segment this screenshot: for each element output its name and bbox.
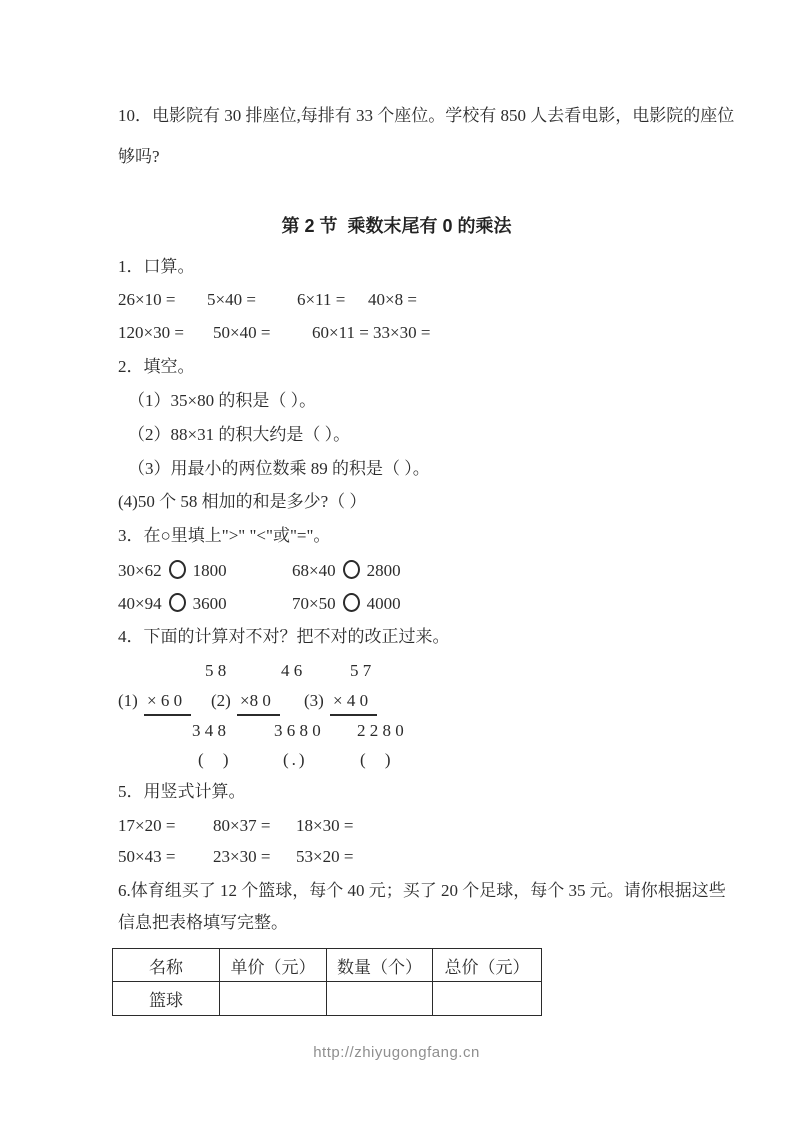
table-header-quantity: 数量（个）: [327, 949, 433, 982]
left-expression: 30×62: [118, 561, 162, 580]
equation: 17×20 =: [118, 816, 213, 836]
equation: 50×43 =: [118, 847, 213, 867]
column-calc-row-1: 17×20 = 80×37 = 18×30 =: [118, 816, 353, 836]
table-cell-total-price: [433, 982, 542, 1016]
compare-row-1: 30×621800 68×402800: [118, 560, 401, 581]
equation: 6×11 =: [297, 290, 368, 310]
multiplier-underlined: × 6 0: [144, 691, 191, 716]
equation: 40×8 =: [368, 290, 417, 310]
left-expression: 70×50: [292, 594, 336, 613]
equation: 120×30 =: [118, 323, 213, 343]
right-value: 4000: [367, 594, 401, 613]
question-1-label: 1．口算。: [118, 257, 195, 277]
table-header-unit-price: 单价（元）: [220, 949, 327, 982]
multiplier-underlined: × 4 0: [330, 691, 377, 716]
problem-number: (1): [118, 691, 138, 711]
check-parentheses: (.): [283, 750, 308, 770]
fill-blank-item-2: （2）88×31 的积大约是（ ）。: [128, 425, 350, 445]
price-table: 名称 单价（元） 数量（个） 总价（元） 篮球: [112, 948, 542, 1016]
right-value: 1800: [193, 561, 227, 580]
table-header-row: 名称 单价（元） 数量（个） 总价（元）: [113, 949, 542, 982]
comparison-circle-icon: [343, 593, 360, 612]
question-2-label: 2．填空。: [118, 357, 195, 377]
multiplicand: 5 8: [205, 661, 226, 681]
equation: 80×37 =: [213, 816, 296, 836]
problem-number: (3): [304, 691, 324, 711]
product: 2 2 8 0: [357, 721, 404, 741]
column-calc-row-2: 50×43 = 23×30 = 53×20 =: [118, 847, 353, 867]
table-header-name: 名称: [113, 949, 220, 982]
question-6-line-1: 6.体育组买了 12 个篮球，每个 40 元；买了 20 个足球，每个 35 元…: [118, 881, 726, 901]
question-10-line-1: 10．电影院有 30 排座位,每排有 33 个座位。学校有 850 人去看电影，…: [118, 106, 734, 126]
multiplier-underlined: ×8 0: [237, 691, 280, 716]
compare-row-2: 40×943600 70×504000: [118, 593, 401, 614]
table-cell-name: 篮球: [113, 982, 220, 1016]
oral-calc-row-2: 120×30 = 50×40 = 60×11 = 33×30 =: [118, 323, 430, 343]
question-4-label: 4．下面的计算对不对？把不对的改正过来。: [118, 627, 450, 647]
left-expression: 68×40: [292, 561, 336, 580]
left-expression: 40×94: [118, 594, 162, 613]
product: 3 4 8: [192, 721, 226, 741]
right-value: 3600: [193, 594, 227, 613]
section-heading: 第 2 节 乘数末尾有 0 的乘法: [0, 216, 793, 238]
compare-pair: 70×504000: [292, 593, 401, 614]
fill-blank-item-3: （3）用最小的两位数乘 89 的积是（ ）。: [128, 459, 430, 479]
equation: 23×30 =: [213, 847, 296, 867]
equation: 18×30 =: [296, 816, 353, 836]
compare-pair: 40×943600: [118, 593, 292, 614]
table-cell-quantity: [327, 982, 433, 1016]
check-parentheses: ( ): [360, 750, 394, 770]
vertical-mult-check-row: ( ) (.) ( ): [0, 750, 793, 776]
equation: 33×30 =: [373, 323, 430, 343]
fill-blank-item-4: (4)50 个 58 相加的和是多少?（ ）: [118, 492, 366, 512]
footer-url: http://zhiyugongfang.cn: [0, 1044, 793, 1062]
problem-number: (2): [211, 691, 231, 711]
equation: 60×11 =: [312, 323, 373, 343]
vertical-mult-result-row: 3 4 8 3 6 8 0 2 2 8 0: [0, 721, 793, 747]
product: 3 6 8 0: [274, 721, 321, 741]
fill-blank-item-1: （1）35×80 的积是（ ）。: [128, 391, 316, 411]
check-parentheses: ( ): [198, 750, 232, 770]
compare-pair: 30×621800: [118, 560, 292, 581]
comparison-circle-icon: [169, 560, 186, 579]
equation: 53×20 =: [296, 847, 353, 867]
question-6-line-2: 信息把表格填写完整。: [118, 913, 288, 933]
equation: 5×40 =: [207, 290, 297, 310]
vertical-mult-multiplier-row: (1) × 6 0 (2) ×8 0 (3) × 4 0: [0, 691, 793, 717]
question-5-label: 5．用竖式计算。: [118, 782, 246, 802]
compare-pair: 68×402800: [292, 560, 401, 581]
worksheet-page: 10．电影院有 30 排座位,每排有 33 个座位。学校有 850 人去看电影，…: [0, 0, 793, 1122]
oral-calc-row-1: 26×10 = 5×40 = 6×11 = 40×8 =: [118, 290, 417, 310]
comparison-circle-icon: [169, 593, 186, 612]
table-header-total-price: 总价（元）: [433, 949, 542, 982]
equation: 50×40 =: [213, 323, 312, 343]
right-value: 2800: [367, 561, 401, 580]
question-3-label: 3．在○里填上">" "<"或"="。: [118, 526, 330, 546]
multiplicand: 5 7: [350, 661, 371, 681]
equation: 26×10 =: [118, 290, 207, 310]
question-10-line-2: 够吗?: [118, 147, 160, 167]
multiplicand: 4 6: [281, 661, 302, 681]
table-cell-unit-price: [220, 982, 327, 1016]
vertical-mult-top-row: 5 8 4 6 5 7: [0, 661, 793, 687]
table-row: 篮球: [113, 982, 542, 1016]
comparison-circle-icon: [343, 560, 360, 579]
